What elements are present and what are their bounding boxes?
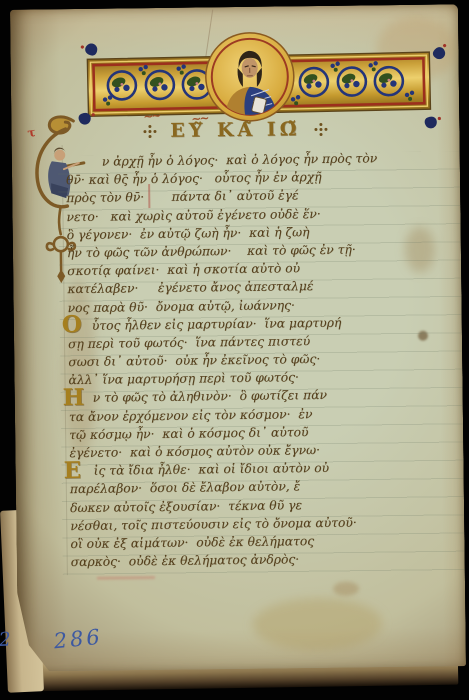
ink-flourish: ~~ (143, 108, 160, 123)
quatrefoil-dots-icon (143, 124, 156, 137)
evangelist-portrait-medallion-icon (205, 32, 294, 121)
text-block: ν ἀρχῇ ἦν ὁ λόγος· καὶ ὁ λόγος ἦν πρὸς τ… (66, 148, 469, 571)
folio-number: 286 (53, 625, 104, 654)
gospel-title: ΕΥ̃ ΚΑ̃ ΙΩ̃ (170, 118, 301, 142)
text-line: σαρκὸς· οὐδὲ ἐκ θελήματος ἀνδρὸς· (71, 548, 469, 571)
manuscript-page: ΕΥ̃ ΚΑ̃ ΙΩ̃ ~~ ~~ τ (10, 4, 466, 671)
pigment-smear (97, 576, 155, 580)
gold-initial-omicron: Ο (62, 314, 88, 336)
quatrefoil-dots-icon (315, 122, 328, 135)
edge-folio-digit: 2 (0, 628, 12, 651)
ink-flourish: ~~ (191, 111, 208, 126)
parchment-stain (333, 582, 359, 596)
parchment-stain (252, 597, 383, 651)
gold-initial-epsilon: Ε (63, 460, 89, 482)
photo-frame: 2 (0, 0, 469, 700)
gold-initial-eta: Η (63, 387, 89, 409)
chapter-title-row: ΕΥ̃ ΚΑ̃ ΙΩ̃ (97, 113, 373, 146)
